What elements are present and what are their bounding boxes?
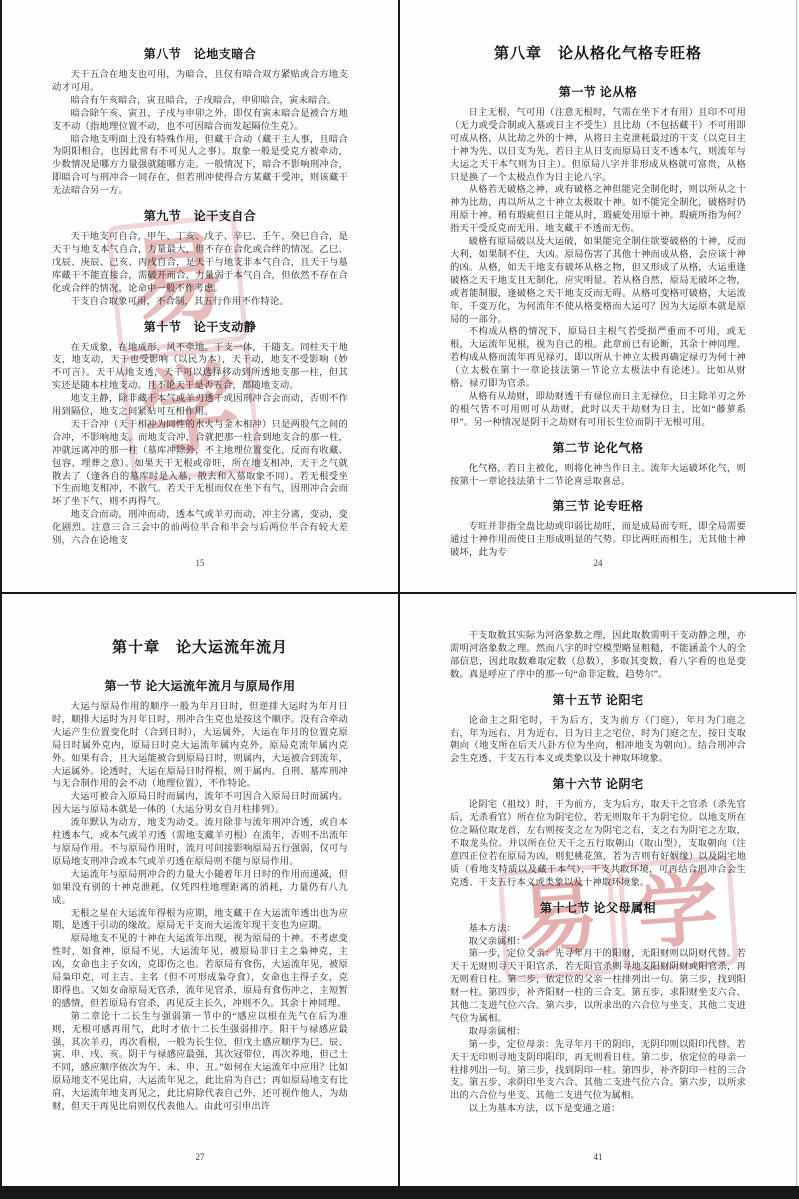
chapter-heading: 第十章 论大运流年流月 [52,636,348,657]
paragraph: 干支取数其实际为河洛象数之理，因此取数需明干支动静之理，亦需明河洛象数之理。然而… [450,630,746,682]
page-41: 干支取数其实际为河洛象数之理，因此取数需明干支动静之理，亦需明河洛象数之理。然而… [400,594,796,1186]
page-27: 第十章 论大运流年流月第一节 论大运流年流月与原局作用大运与原局作用的顺序一般为… [2,594,398,1186]
paragraph: 暗合地支明面上没有特殊作用，但藏干合动（藏干主人事，且暗合为阴阳相合，也因此常有… [52,134,348,199]
paragraph: 取母亲属相： [450,1026,746,1039]
section-heading: 第十七节 论父母属相 [450,899,746,916]
paragraph: 天干合冲（天干相冲为同性的水火与金木相冲）只是两股气之间的合冲，不影响地支。而地… [52,419,348,509]
paragraph: 第二章论十二长生与强弱第一节中的“感应以根在先气在后为准则，无根可感再用气，此时… [52,1011,348,1114]
section-heading: 第十六节 论阴宅 [450,775,746,792]
section-heading: 第三节 论专旺格 [450,497,746,514]
paragraph: 取父亲属相： [450,936,746,949]
paragraph: 从格若无破格之神，或有破格之神但能完全制化时，则以所从之十神为比劫，再以所从之十… [450,184,746,236]
paragraph: 地支合而动，刑冲而动，透本气或羊刃而动，冲主分离，变动，变化剧烈。注意三合三会中… [52,509,348,548]
page-number: 41 [400,1152,796,1162]
paragraph: 原局地支不见的十神在大运流年出现，视为原局的十神。不考虑变性时，如食神，原局不见… [52,933,348,1010]
paragraph: 在天成象，在地成形，风不牵地。干支一体，干随支。同柱天干地支，地支动，天干也受影… [52,342,348,394]
paragraph: 天干五合在地支也可用，为暗合，且仅有暗合双方紧贴或合方地支动才可用。 [52,69,348,95]
section-heading: 第十节 论干支动静 [52,318,348,335]
paragraph: 化气格，若日主被化，则将化神当作日主。流年大运破坏化气，则按第十一章论技法第十二… [450,463,746,489]
section-heading: 第一节 论大运流年流月与原局作用 [52,677,348,694]
paragraph: 暗合除午亥、寅丑、子戌与申卯之外，即仅有寅未暗合是被合方地支不动（指地理位置不动… [52,108,348,134]
chapter-heading: 第八章 论从格化气格专旺格 [450,42,746,63]
paragraph: 论阴宅（祖坟）时，干为前方，支为后方，取天干之官杀（杀先官后，无杀看官）所在位为… [450,799,746,889]
page-number: 24 [400,558,796,568]
paragraph: 不构成从格的情况下，原局日主根气若受损严重而不可用，或无根，大运流年见根，视为自… [450,326,746,391]
section-heading: 第一节 论从格 [450,83,746,100]
bottom-bar [0,1186,799,1199]
page-number: 27 [2,1152,398,1162]
paragraph: 论命主之阳宅时，干为后方，支为前方（门庭），年月为门庭之右，年为远右，月为近右，… [450,715,746,767]
paragraph: 大运可被合入原局日时而属内，流年不可因合入原局日时而属内。因大运与原局本就是一体… [52,791,348,817]
paragraph: 第一步，定位母亲：先寻年月干的阴印，无阴印则以阳印代替。若天干无印则寻地支阴印阳… [450,1039,746,1104]
paragraph: 无根之星在大运流年得根为应期，地支藏干在大运流年透出也为应期，是透干引动的缘故。… [52,908,348,934]
paragraph: 破格有原局破以及大运破，如果能完全制住欲要破格的十神，反而大利，如果制不住，大凶… [450,236,746,326]
paragraph: 地支主静，除非藏干本气或羊刃透干或因刑冲合会而动，否则不作用到隔位，地支之间紧贴… [52,393,348,419]
paragraph: 天干地支可自合，甲午、丁亥、戊子、辛巳、壬午、癸巳自合，是天干与地支本气自合，力… [52,231,348,296]
paragraph: 日主无根，气可用（注意无根时，气需在坐下才有用）且印不可用（无力或受合制或入墓或… [450,107,746,184]
paragraph: 流年默认为动方，地支为动爻。流月除非与流年刑冲合透，或自本柱透本气，或本气或羊刃… [52,817,348,869]
page-15: 第八节 论地支暗合天干五合在地支也可用，为暗合，且仅有暗合双方紧贴或合方地支动才… [2,0,398,592]
paragraph: 以上为基本方法，以下是变通之道： [450,1103,746,1116]
paragraph: 第一步，定位父亲：先寻年月干的阳财，无阳财则以阴财代替。若天干无财则寻天干阳官杀… [450,948,746,1025]
paragraph: 干支自合取象可用，不合制，其五行作用不作特论。 [52,296,348,309]
document-viewer: 第八节 论地支暗合天干五合在地支也可用，为暗合，且仅有暗合双方紧贴或合方地支动才… [0,0,799,1199]
section-heading: 第二节 论化气格 [450,439,746,456]
section-heading: 第十五节 论阳宅 [450,691,746,708]
paragraph: 暗合有午亥暗合，寅丑暗合，子戌暗合，申卯暗合，寅未暗合。 [52,95,348,108]
paragraph: 大运流年与原局刑冲合的力量大小随着年月日时的作用而递减，但如果没有别的十神克泄耗… [52,869,348,908]
paragraph: 基本方法： [450,923,746,936]
section-heading: 第八节 论地支暗合 [52,45,348,62]
paragraph: 专旺并非指全盘比劫或印弱比劫旺，而是成局而专旺，即全局需要通过十神作用而使日主形… [450,521,746,560]
page-number: 15 [2,558,398,568]
section-heading: 第九节 论干支自合 [52,207,348,224]
page-24: 第八章 论从格化气格专旺格第一节 论从格日主无根，气可用（注意无根时，气需在坐下… [400,0,796,592]
paragraph: 从格有从劫财，即劫财透干有禄位而日主无禄位，日主除羊刃之外的根气皆不可用则可从劫… [450,391,746,430]
page-grid: 第八节 论地支暗合天干五合在地支也可用，为暗合，且仅有暗合双方紧贴或合方地支动才… [0,0,797,1186]
paragraph: 大运与原局作用的顺序一般为年月日时，但逆排大运时为年月日时，顺排大运时为月年日时… [52,701,348,791]
